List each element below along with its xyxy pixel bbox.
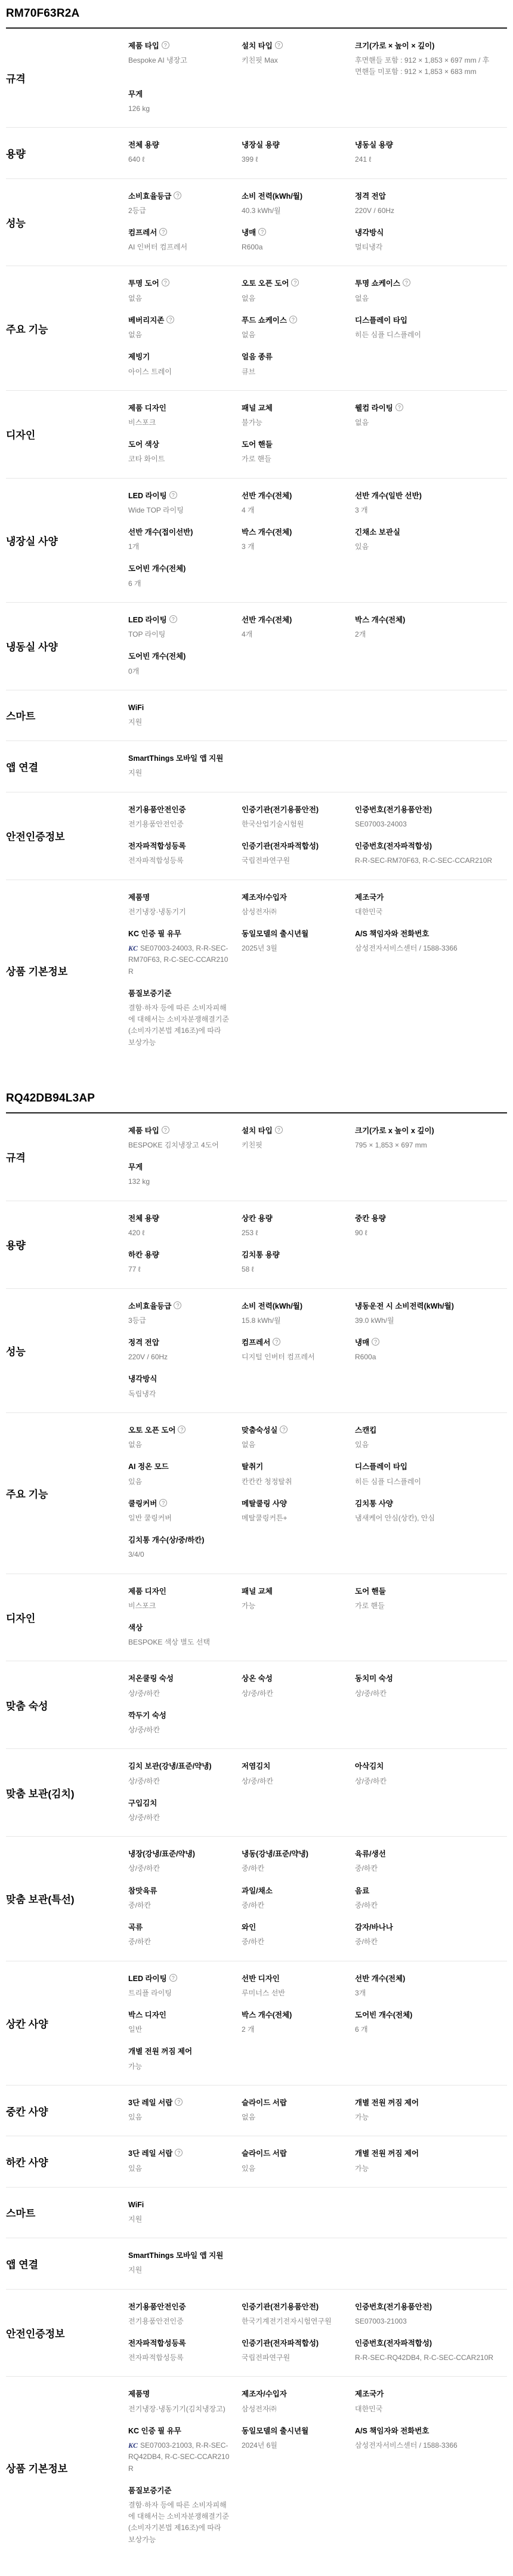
spec-label-line: 투명 도어? [128,279,230,288]
info-tooltip-icon[interactable]: ? [162,1126,169,1134]
spec-label: 슬라이드 서랍 [242,2099,287,2107]
kc-certification-icon: KC [128,2442,138,2449]
spec-value: R600a [355,1353,376,1361]
spec-label-line: A/S 책임자와 전화번호 [355,2426,495,2436]
spec-label-line: 선반 개수(접이선반) [128,527,230,537]
spec-label-line: 선반 개수(일반 선반) [355,491,495,501]
spec-label: 전자파적합성등록 [128,842,186,850]
spec-label-line: 인증번호(전기용품안전) [355,2302,495,2312]
spec-label: 참맛육류 [128,1887,157,1895]
spec-value-line: AI 인버터 컴프레서 [128,242,230,253]
spec-section: 하칸 사양3단 레일 서랍?있음슬라이드 서랍있음개별 전원 꺼짐 제어가능 [6,2136,507,2186]
spec-item: 디스플레이 타입히든 심플 디스플레이 [355,316,507,341]
spec-value: 90 ℓ [355,1229,367,1237]
spec-label-line: 무게 [128,1162,230,1172]
spec-label-line: 냉동실 용량 [355,140,495,150]
spec-label-line: 동치미 숙성 [355,1674,495,1683]
spec-value-line: 상/중/하칸 [242,1776,343,1787]
spec-value: 메탈쿨링커튼+ [242,1514,288,1522]
spec-value-line: 2개 [355,629,495,640]
spec-value-line: 4 개 [242,505,343,516]
spec-value-line: 일반 쿨링커버 [128,1513,230,1524]
spec-item: 색상BESPOKE 색상 별도 선택 [128,1623,242,1648]
spec-label-line: 박스 개수(전체) [242,527,343,537]
spec-value: 없음 [242,2113,255,2121]
spec-value: 냄새케어 안심(상칸), 안심 [355,1514,435,1522]
spec-value: 58 ℓ [242,1265,254,1273]
spec-value-line: 있음 [355,541,495,553]
spec-value: 전기용품안전인증 [128,2317,184,2325]
spec-item: 개별 전원 꺼짐 제어가능 [128,2047,242,2072]
spec-item: 냉각방식멀티냉각 [355,228,507,253]
spec-rows: SmartThings 모바일 앱 지원지원 [128,2251,507,2276]
spec-row: 전체 용량420 ℓ상칸 용량253 ℓ중칸 용량90 ℓ [128,1214,507,1239]
spec-label: 동치미 숙성 [355,1674,393,1683]
spec-label: 인증번호(전자파적합성) [355,2339,432,2347]
spec-rows: 소비효율등급?2등급소비 전력(kWh/월)40.3 kWh/월정격 전압220… [128,192,507,254]
spec-rows: 전체 용량640 ℓ냉장실 용량399 ℓ냉동실 용량241 ℓ [128,140,507,165]
spec-value: 2 개 [242,2025,255,2034]
spec-value: R-R-SEC-RM70F63, R-C-SEC-CCAR210R [355,856,492,865]
spec-value-line: KCSE07003-21003, R-R-SEC-RQ42DB4, R-C-SE… [128,2440,230,2475]
spec-label-line: 제품명 [128,2389,230,2399]
spec-item: SmartThings 모바일 앱 지원지원 [128,754,242,779]
spec-value: 6 개 [355,2025,368,2034]
spec-section: 스마트WiFi지원 [6,2187,507,2238]
spec-value-line: 3등급 [128,1315,230,1326]
spec-label: 도어 색상 [128,440,159,449]
spec-value-line: 상/중/하칸 [128,1688,230,1699]
spec-label-line: 베버리지존? [128,316,230,325]
spec-item: 제조자/수입자삼성전자㈜ [242,2389,355,2414]
spec-label-line: 슬라이드 서랍 [242,2098,343,2108]
spec-rows: WiFi지원 [128,2200,507,2225]
spec-label: 하칸 용량 [128,1251,159,1259]
spec-label: 박스 개수(전체) [242,2011,292,2019]
spec-value: 비스포크 [128,418,156,427]
spec-item: 동일모델의 출시년월2025년 3월 [242,929,355,977]
spec-value: 없음 [242,1440,255,1449]
spec-row: 투명 도어?없음오토 오픈 도어?없음투명 쇼케이스?없음 [128,279,507,304]
spec-label-line: 패널 교체 [242,403,343,413]
spec-item: 푸드 쇼케이스?없음 [242,316,355,341]
spec-value: 77 ℓ [128,1265,141,1273]
spec-rows: 제품 디자인비스포크패널 교체불가능웰컴 라이팅?없음도어 색상코타 화이트도어… [128,403,507,465]
spec-label-line: 품질보증기준 [128,989,230,998]
spec-label: 냉각방식 [355,229,384,237]
spec-label: 투명 도어 [128,279,159,288]
info-tooltip-icon[interactable]: ? [280,1426,288,1433]
spec-value: 전기용품안전인증 [128,820,184,828]
spec-label: 크기(가로 x 높이 x 깊이) [355,1127,434,1135]
spec-value-line: 지원 [128,2265,230,2276]
spec-label-line: 슬라이드 서랍 [242,2149,343,2158]
spec-row: 선반 개수(접이선반)1개박스 개수(전체)3 개긴채소 보관실있음 [128,527,507,553]
spec-section: 성능소비효율등급?2등급소비 전력(kWh/월)40.3 kWh/월정격 전압2… [6,178,507,266]
spec-value-line: 디지털 인버터 컴프레서 [242,1352,343,1363]
spec-label: 디스플레이 타입 [355,1463,407,1471]
spec-label-line: 소비 전력(kWh/월) [242,192,343,201]
spec-label: 도어빈 개수(전체) [128,652,186,661]
spec-label: A/S 책임자와 전화번호 [355,930,429,938]
spec-value-line: 키친핏 [242,1140,343,1151]
spec-item: WiFi지원 [128,2200,242,2225]
spec-section: 용량전체 용량420 ℓ상칸 용량253 ℓ중칸 용량90 ℓ하칸 용량77 ℓ… [6,1201,507,1288]
spec-row: 도어빈 개수(전체)6 개 [128,564,507,589]
spec-section: 성능소비효율등급?3등급소비 전력(kWh/월)15.8 kWh/월냉동운전 시… [6,1288,507,1412]
info-tooltip-icon[interactable]: ? [273,1338,280,1346]
section-title: 스마트 [6,708,128,723]
spec-value: 없음 [128,331,142,339]
spec-value: 0개 [128,667,139,675]
spec-row: 저온쿨링 숙성상/중/하칸상온 숙성상/중/하칸동치미 숙성상/중/하칸 [128,1674,507,1699]
spec-value: 있음 [355,1440,369,1449]
info-tooltip-icon[interactable]: ? [159,228,167,236]
spec-item: 도어빈 개수(전체)6 개 [128,564,242,589]
spec-value-line: 있음 [355,1439,495,1451]
spec-item: 제빙기아이스 트레이 [128,352,242,377]
spec-value: 399 ℓ [242,155,258,163]
spec-label-line: 메탈쿨링 사양 [242,1499,343,1508]
spec-item: 투명 쇼케이스?없음 [355,279,507,304]
section-title: 성능 [6,1343,128,1358]
spec-item: 얼음 종류큐브 [242,352,355,377]
spec-item: 상칸 용량253 ℓ [242,1214,355,1239]
spec-label: 3단 레일 서랍 [128,2099,172,2107]
spec-label-line: 김치 보관(강냉/표준/약냉) [128,1761,230,1771]
info-tooltip-icon[interactable]: ? [174,192,181,199]
spec-label: 제품명 [128,893,150,902]
spec-label: 음료 [355,1887,369,1895]
spec-value-line: 히든 심플 디스플레이 [355,1476,495,1488]
spec-label: 선반 개수(일반 선반) [355,492,422,500]
spec-item: 과일/채소중/하칸 [242,1886,355,1911]
spec-row: 제품명전기냉장·냉동기기(김치냉장고)제조자/수입자삼성전자㈜제조국가대한민국 [128,2389,507,2414]
spec-row: 도어빈 개수(전체)0개 [128,652,507,677]
spec-label: 선반 개수(접이선반) [128,528,193,536]
info-tooltip-icon[interactable]: ? [289,316,297,323]
spec-value-line: 1개 [128,541,230,553]
spec-label-line: A/S 책임자와 전화번호 [355,929,495,939]
spec-item: LED 라이팅?트리플 라이팅 [128,1974,242,1999]
spec-label: 패널 교체 [242,1587,273,1596]
spec-rows: SmartThings 모바일 앱 지원지원 [128,754,507,779]
spec-label-line: 냉장(강냉/표준/약냉) [128,1849,230,1859]
spec-label: 중칸 용량 [355,1214,386,1223]
spec-section: 주요 기능투명 도어?없음오토 오픈 도어?없음투명 쇼케이스?없음베버리지존?… [6,266,507,390]
spec-value-line: 비스포크 [128,1600,230,1612]
spec-value-line: 있음 [128,2112,230,2123]
spec-value-line: 큐브 [242,366,343,378]
info-tooltip-icon[interactable]: ? [395,403,403,411]
spec-item: 맞춤숙성실?없음 [242,1426,355,1451]
spec-section: 냉동실 사양LED 라이팅?TOP 라이팅선반 개수(전체)4개박스 개수(전체… [6,602,507,690]
spec-row: 개별 전원 꺼짐 제어가능 [128,2047,507,2072]
info-tooltip-icon[interactable]: ? [291,279,299,286]
spec-row: 3단 레일 서랍?있음슬라이드 서랍없음개별 전원 꺼짐 제어가능 [128,2098,507,2123]
spec-label: 도어 핸들 [242,440,273,449]
spec-label-line: 컴프레서? [128,228,230,237]
spec-value-line: 가능 [355,2112,495,2123]
spec-label: 무게 [128,1163,143,1171]
spec-label-line: 제품 타입? [128,1126,230,1136]
spec-sections: 규격제품 타입?BESPOKE 김치냉장고 4도어설치 타입?키친핏크기(가로 … [6,1112,507,2558]
spec-item: 웰컴 라이팅?없음 [355,403,507,428]
spec-value-line: SE07003-21003 [355,2316,495,2327]
spec-value-line: 대한민국 [355,2404,495,2415]
spec-value: 전자파적합성등록 [128,2353,184,2362]
spec-label: 동일모델의 출시년월 [242,2427,308,2435]
info-tooltip-icon[interactable]: ? [162,279,169,286]
spec-item: 전기용품안전인증전기용품안전인증 [128,805,242,830]
spec-row: 제빙기아이스 트레이얼음 종류큐브 [128,352,507,377]
spec-value: 중/하칸 [242,1864,264,1872]
spec-row: 무게132 kg [128,1162,507,1187]
spec-label-line: 전자파적합성등록 [128,841,230,851]
info-tooltip-icon[interactable]: ? [162,41,169,49]
spec-value: 중/하칸 [242,1901,264,1909]
spec-label: 맞춤숙성실 [242,1426,277,1434]
spec-rows: 전체 용량420 ℓ상칸 용량253 ℓ중칸 용량90 ℓ하칸 용량77 ℓ김치… [128,1214,507,1276]
spec-row: 전기용품안전인증전기용품안전인증인증기관(전기용품안전)한국산업기술시험원인증번… [128,805,507,830]
spec-value-line: 삼성전자서비스센터 / 1588-3366 [355,2440,495,2451]
spec-item: 선반 디자인루미너스 선반 [242,1974,355,1999]
spec-label: 제품 디자인 [128,404,166,412]
spec-item: 패널 교체불가능 [242,403,355,428]
spec-value-line: 132 kg [128,1176,230,1187]
spec-label-line: 인증번호(전자파적합성) [355,841,495,851]
info-tooltip-icon[interactable]: ? [275,1126,283,1134]
spec-item: 컴프레서?AI 인버터 컴프레서 [128,228,242,253]
spec-label: 컴프레서 [128,229,157,237]
spec-label-line: 음료 [355,1886,495,1896]
spec-item: 도어빈 개수(전체)6 개 [355,2010,507,2035]
spec-label-line: 긴채소 보관실 [355,527,495,537]
spec-label-line: 선반 개수(전체) [355,1974,495,1983]
spec-label: WiFi [128,704,144,712]
spec-label-line: 와인 [242,1923,343,1932]
spec-value-line: 상/중/하칸 [355,1688,495,1699]
spec-label-line: 인증기관(전기용품안전) [242,805,343,815]
spec-label-line: 박스 개수(전체) [355,615,495,625]
spec-label-line: 감자/바나나 [355,1923,495,1932]
spec-value: 상/중/하칸 [355,1777,387,1785]
spec-label: 김치통 사양 [355,1500,393,1508]
info-tooltip-icon[interactable]: ? [258,228,266,236]
spec-value-line: 중/하칸 [355,1936,495,1948]
spec-value-line: 지원 [128,767,230,779]
spec-value: 241 ℓ [355,155,371,163]
spec-value-line: 가로 핸들 [355,1600,495,1612]
spec-label-line: LED 라이팅? [128,615,230,625]
spec-label-line: 설치 타입? [242,1126,343,1136]
spec-value-line: 220V / 60Hz [355,205,495,217]
spec-item: 오토 오픈 도어?없음 [242,279,355,304]
spec-value-line: 일반 [128,2024,230,2035]
spec-section: 맞춤 보관(특선)냉장(강냉/표준/약냉)상/중/하칸냉동(강냉/표준/약냉)중… [6,1836,507,1960]
spec-item: 무게126 kg [128,90,242,115]
info-tooltip-icon[interactable]: ? [403,279,410,286]
spec-label-line: 박스 디자인 [128,2010,230,2020]
spec-label: 제조자/수입자 [242,893,287,902]
spec-value: 있음 [128,1477,142,1486]
info-tooltip-icon[interactable]: ? [175,2149,183,2157]
spec-label-line: 냉각방식 [128,1374,230,1384]
info-tooltip-icon[interactable]: ? [159,1499,167,1507]
spec-label-line: 탈취기 [242,1462,343,1471]
spec-label-line: AI 정온 모드 [128,1462,230,1471]
spec-item: 참맛육류중/하칸 [128,1886,242,1911]
spec-label: 컴프레서 [242,1338,270,1347]
spec-label: 선반 개수(전체) [355,1975,405,1983]
spec-label-line: 도어빈 개수(전체) [128,652,230,661]
info-tooltip-icon[interactable]: ? [166,316,174,323]
spec-label: 소비 전력(kWh/월) [242,1302,302,1310]
spec-value-line: 640 ℓ [128,154,230,165]
spec-label-line: 중칸 용량 [355,1214,495,1223]
info-tooltip-icon[interactable]: ? [174,1301,181,1309]
spec-value-line: 전기용품안전인증 [128,2316,230,2327]
spec-value: 4 개 [242,506,255,514]
spec-value: 795 × 1,853 × 697 mm [355,1141,427,1149]
spec-row: LED 라이팅?TOP 라이팅선반 개수(전체)4개박스 개수(전체)2개 [128,615,507,640]
spec-value-line: 15.8 kWh/월 [242,1315,343,1326]
spec-label-line: 과일/채소 [242,1886,343,1896]
spec-section: 규격제품 타입?Bespoke AI 냉장고설치 타입?키친핏 Max크기(가로… [6,29,507,127]
spec-rows: 제품명전기냉장·냉동기기제조자/수입자삼성전자㈜제조국가대한민국KC 인증 필 … [128,893,507,1048]
info-tooltip-icon[interactable]: ? [169,615,177,623]
spec-value: 있음 [355,542,369,551]
spec-label: 과일/채소 [242,1887,273,1895]
spec-value-line: 3개 [355,1988,495,1999]
spec-label: A/S 책임자와 전화번호 [355,2427,429,2435]
spec-label: 전기용품안전인증 [128,806,186,814]
spec-label: 오토 오픈 도어 [242,279,289,288]
spec-item: 제품 타입?Bespoke AI 냉장고 [128,41,242,78]
spec-item: 곡류중/하칸 [128,1923,242,1948]
spec-label: 와인 [242,1923,256,1932]
spec-value: 6 개 [128,579,141,588]
spec-value-line: 77 ℓ [128,1264,230,1275]
spec-label-line: 전기용품안전인증 [128,805,230,815]
spec-value-line: 멀티냉각 [355,242,495,253]
spec-item: 인증기관(전기용품안전)한국기계전기전자시험연구원 [242,2302,355,2327]
spec-label: 상온 숙성 [242,1674,273,1683]
spec-label: 소비효율등급 [128,1302,171,1310]
spec-rows: 제품명전기냉장·냉동기기(김치냉장고)제조자/수입자삼성전자㈜제조국가대한민국K… [128,2389,507,2545]
spec-value: 지원 [128,769,142,777]
spec-label: 스캔킵 [355,1426,376,1434]
spec-value-line: 삼성전자㈜ [242,2404,343,2415]
spec-label: SmartThings 모바일 앱 지원 [128,2251,223,2260]
spec-item: 제조자/수입자삼성전자㈜ [242,893,355,918]
spec-value-line: 3 개 [355,505,495,516]
spec-label-line: 크기(가로 x 높이 x 깊이) [355,1126,495,1136]
spec-value-line: 불가능 [242,417,343,428]
spec-label: 색상 [128,1624,143,1632]
spec-label-line: 냉동운전 시 소비전력(kWh/월) [355,1301,495,1311]
spec-section: 중칸 사양3단 레일 서랍?있음슬라이드 서랍없음개별 전원 꺼짐 제어가능 [6,2085,507,2136]
spec-value: 220V / 60Hz [355,206,394,215]
section-title: 맞춤 보관(특선) [6,1891,128,1906]
spec-label-line: 김치통 사양 [355,1499,495,1508]
spec-value-line: 히든 심플 디스플레이 [355,329,495,341]
spec-value: 126 kg [128,104,150,113]
spec-label-line: 선반 디자인 [242,1974,343,1983]
spec-value-line: 국립전파연구원 [242,855,343,866]
spec-value-line: 중/하칸 [128,1936,230,1948]
spec-label: KC 인증 필 유무 [128,930,181,938]
spec-label: 곡류 [128,1923,143,1932]
section-title: 규격 [6,1149,128,1164]
spec-item: 냉동실 용량241 ℓ [355,140,507,165]
spec-row: AI 정온 모드있음탈취기칸칸칸 청정탈취디스플레이 타입히든 심플 디스플레이 [128,1462,507,1487]
info-tooltip-icon[interactable]: ? [178,1426,186,1433]
spec-value-line: R-R-SEC-RM70F63, R-C-SEC-CCAR210R [355,855,495,866]
spec-value-line: R600a [355,1352,495,1363]
spec-value-line: 중/하칸 [242,1863,343,1874]
spec-label-line: KC 인증 필 유무 [128,929,230,939]
info-tooltip-icon[interactable]: ? [275,41,283,49]
spec-item: 냉장실 용량399 ℓ [242,140,355,165]
spec-label-line: 냉동(강냉/표준/약냉) [242,1849,343,1859]
spec-value-line: 냄새케어 안심(상칸), 안심 [355,1513,495,1524]
spec-value-line: SE07003-24003 [355,819,495,830]
spec-label: 인증기관(전기용품안전) [242,806,319,814]
spec-row: 제품 타입?BESPOKE 김치냉장고 4도어설치 타입?키친핏크기(가로 x … [128,1126,507,1151]
spec-value-line: 58 ℓ [242,1264,343,1275]
spec-rows: 전기용품안전인증전기용품안전인증인증기관(전기용품안전)한국산업기술시험원인증번… [128,805,507,867]
spec-item: 전체 용량640 ℓ [128,140,242,165]
spec-item: 인증번호(전자파적합성)R-R-SEC-RQ42DB4, R-C-SEC-CCA… [355,2339,507,2364]
info-tooltip-icon[interactable]: ? [169,1974,177,1982]
spec-value-line: Bespoke AI 냉장고 [128,55,230,66]
spec-item: LED 라이팅?TOP 라이팅 [128,615,242,640]
spec-label: 도어 핸들 [355,1587,386,1596]
spec-rows: 오토 오픈 도어?없음맞춤숙성실?없음스캔킵있음AI 정온 모드있음탈취기칸칸칸… [128,1426,507,1561]
spec-value-line: 없음 [355,293,495,304]
spec-label-line: 개별 전원 꺼짐 제어 [355,2098,495,2108]
spec-value-line: 중/하칸 [242,1900,343,1911]
spec-label: 푸드 쇼케이스 [242,316,287,325]
spec-label: 소비 전력(kWh/월) [242,192,302,200]
info-tooltip-icon[interactable]: ? [372,1338,379,1346]
spec-label-line: 동일모델의 출시년월 [242,2426,343,2436]
spec-label-line: WiFi [128,2200,230,2210]
spec-item: 품질보증기준결함·하자 등에 따른 소비자피해에 대해서는 소비자분쟁해결기준(… [128,2486,242,2546]
spec-item: 메탈쿨링 사양메탈쿨링커튼+ [242,1499,355,1524]
spec-item: 전자파적합성등록전자파적합성등록 [128,841,242,866]
spec-value-line: 0개 [128,666,230,677]
spec-item: 저염김치상/중/하칸 [242,1761,355,1787]
spec-label: 전체 용량 [128,1214,159,1223]
info-tooltip-icon[interactable]: ? [169,491,177,499]
spec-item: 설치 타입?키친핏 [242,1126,355,1151]
spec-value: 코타 화이트 [128,455,165,463]
spec-row: LED 라이팅?Wide TOP 라이팅선반 개수(전체)4 개선반 개수(일반… [128,491,507,516]
spec-value: 결함·하자 등에 따른 소비자피해에 대해서는 소비자분쟁해결기준(소비자기본법… [128,1004,229,1047]
spec-value-line: KCSE07003-24003, R-R-SEC-RM70F63, R-C-SE… [128,943,230,977]
spec-label-line: 개별 전원 꺼짐 제어 [355,2149,495,2158]
spec-item: 저온쿨링 숙성상/중/하칸 [128,1674,242,1699]
spec-label: 크기(가로 × 높이 × 깊이) [355,42,434,50]
info-tooltip-icon[interactable]: ? [175,2098,183,2106]
spec-label: 베버리지존 [128,316,164,325]
spec-item: 김치통 사양냄새케어 안심(상칸), 안심 [355,1499,507,1524]
spec-value: 없음 [355,418,369,427]
spec-row: 제품 디자인비스포크패널 교체가능도어 핸들가로 핸들 [128,1587,507,1612]
spec-value: 상/중/하칸 [128,1726,160,1734]
